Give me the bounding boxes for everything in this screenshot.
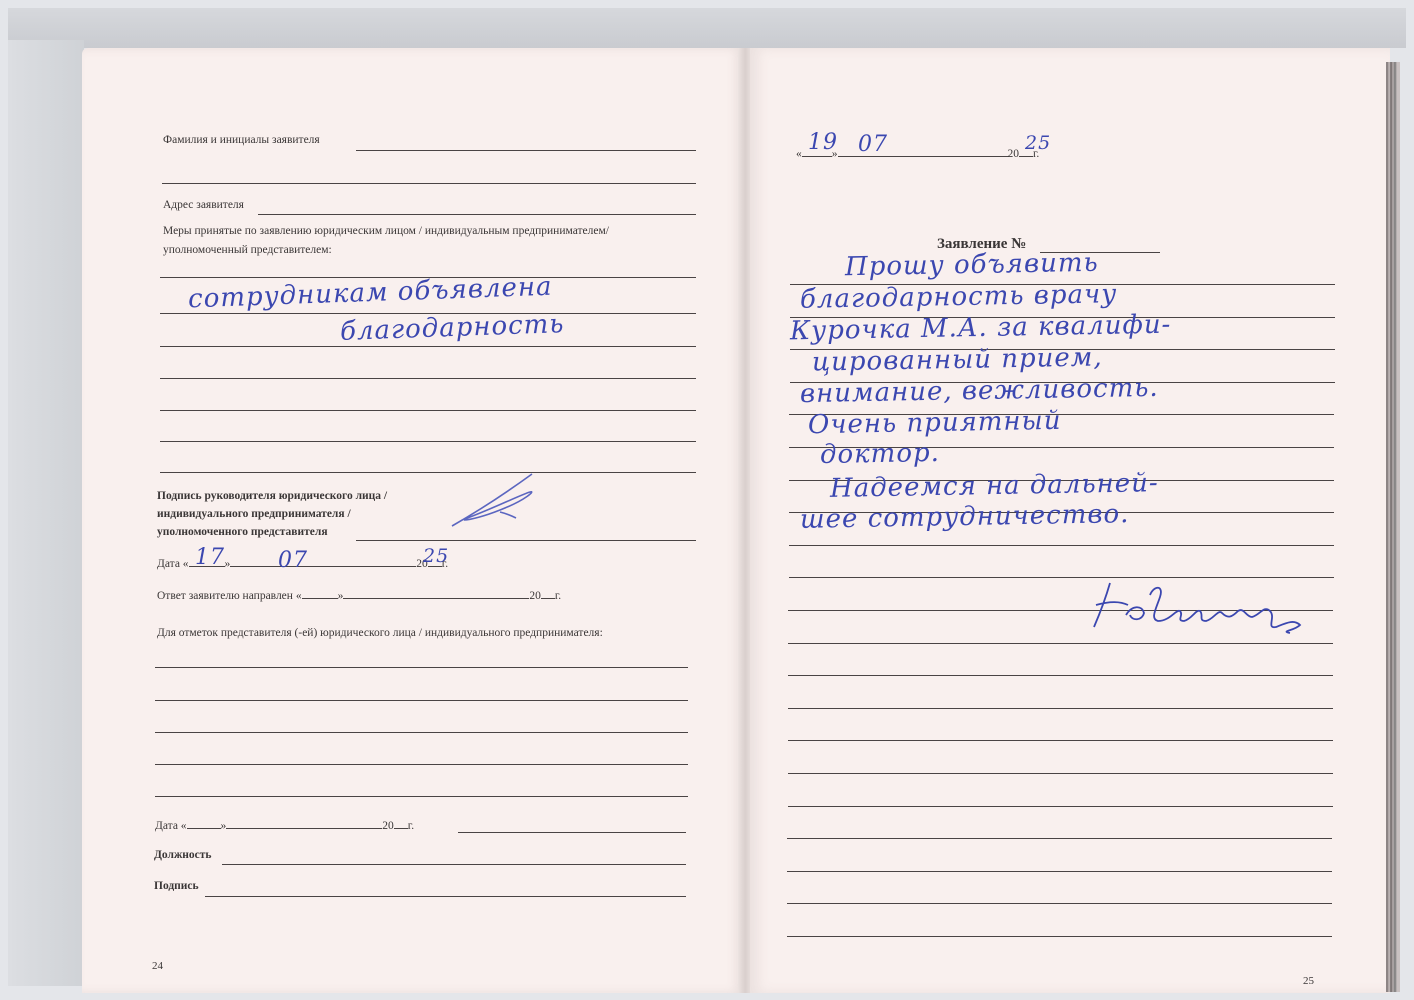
right-date-year-handwritten: 25 [1025, 132, 1051, 154]
signature-line[interactable] [356, 540, 696, 541]
statement-line[interactable] [788, 806, 1333, 807]
statement-handwritten-line: доктор. [820, 438, 940, 470]
applicant-address-line[interactable] [258, 214, 696, 215]
position-label: Должность [154, 849, 212, 861]
right-date-month-handwritten: 07 [858, 132, 888, 157]
measures-line[interactable] [160, 472, 696, 473]
measures-line[interactable] [160, 378, 696, 379]
reply-label: Ответ заявителю направлен «»20г. [157, 588, 561, 602]
sign-line[interactable] [205, 896, 686, 897]
measures-label-line2: уполномоченный представителем: [163, 244, 332, 256]
notes-line[interactable] [155, 764, 688, 765]
statement-line[interactable] [787, 936, 1332, 937]
date-month-handwritten: 07 [278, 548, 308, 573]
statement-line[interactable] [787, 903, 1332, 904]
measures-label-line1: Меры принятые по заявлению юридическим л… [163, 225, 609, 237]
page-stack-edge [1386, 62, 1400, 992]
statement-line[interactable] [789, 545, 1334, 546]
statement-line[interactable] [788, 675, 1333, 676]
measures-line[interactable] [160, 346, 696, 347]
notes-label: Для отметок представителя (-ей) юридичес… [157, 627, 603, 639]
date-day-handwritten: 17 [195, 545, 225, 570]
statement-handwritten-line: Прошу объявить [845, 248, 1099, 282]
applicant-name-label: Фамилия и инициалы заявителя [163, 134, 320, 146]
measures-line[interactable] [160, 410, 696, 411]
signature-label-line1: Подпись руководителя юридического лица / [157, 490, 387, 502]
notes-line[interactable] [155, 667, 688, 668]
signature-label-line2: индивидуального предпринимателя / [157, 508, 351, 520]
bottom-date-extra-line[interactable] [458, 832, 686, 833]
measures-line[interactable] [160, 441, 696, 442]
date-year-handwritten: 25 [423, 545, 449, 567]
signature-label-line3: уполномоченного представителя [157, 526, 328, 538]
statement-handwritten-line: Очень приятный [808, 406, 1062, 440]
statement-handwritten-line: благодарность врачу [800, 279, 1118, 315]
statement-handwritten-line: цированный прием, [812, 342, 1103, 377]
statement-handwritten-line: внимание, вежливость. [800, 373, 1159, 409]
statement-line[interactable] [788, 708, 1333, 709]
statement-line[interactable] [788, 643, 1333, 644]
sign-label: Подпись [154, 880, 199, 892]
applicant-name-line-2[interactable] [162, 183, 696, 184]
notes-line[interactable] [155, 732, 688, 733]
statement-line[interactable] [788, 773, 1333, 774]
bottom-date-label: Дата «»20г. [155, 818, 414, 832]
applicant-address-label: Адрес заявителя [163, 199, 244, 211]
applicant-signature [1080, 575, 1380, 635]
statement-line[interactable] [787, 871, 1332, 872]
notes-line[interactable] [155, 700, 688, 701]
statement-handwritten-line: шее сотрудничество. [800, 499, 1130, 535]
statement-line[interactable] [788, 740, 1333, 741]
page-number-left: 24 [152, 960, 163, 972]
applicant-name-line[interactable] [356, 150, 696, 151]
position-line[interactable] [222, 864, 686, 865]
manager-signature [440, 470, 560, 540]
scanner-background-top [8, 8, 1406, 48]
right-date-day-handwritten: 19 [808, 130, 838, 155]
notes-line[interactable] [155, 796, 688, 797]
page-number-right: 25 [1303, 975, 1314, 987]
scanner-background-left [8, 40, 84, 986]
statement-line[interactable] [787, 838, 1332, 839]
